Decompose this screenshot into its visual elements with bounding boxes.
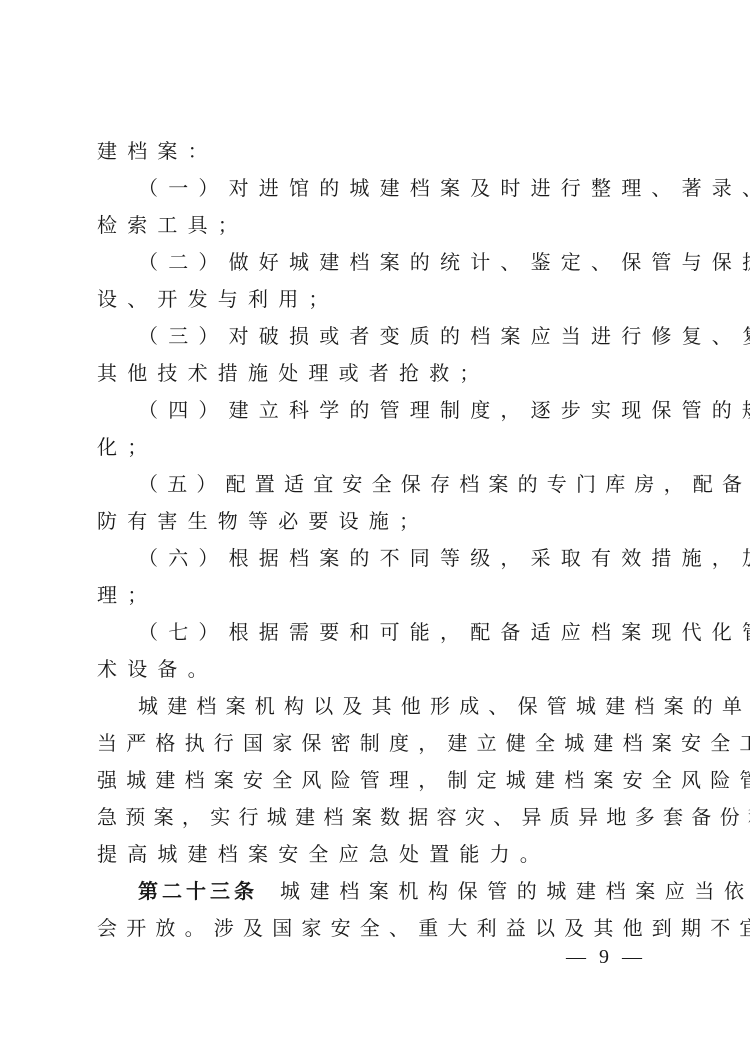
list-item-4: （四）建立科学的管理制度，逐步实现保管的规范化、标准 — [97, 392, 657, 429]
list-item-1: （一）对进馆的城建档案及时进行整理、著录、编目，编制 — [97, 170, 657, 207]
list-item-6: （六）根据档案的不同等级，采取有效措施，加以保护和管 — [97, 540, 657, 577]
list-item-3: （三）对破损或者变质的档案应当进行修复、复制或者采取 — [97, 318, 657, 355]
article-heading: 第二十三条 — [138, 879, 258, 903]
article-first-line: 第二十三条城建档案机构保管的城建档案应当依法向社 — [97, 873, 657, 910]
text-line: 防有害生物等必要设施； — [97, 503, 657, 540]
paragraph-line: 强城建档案安全风险管理，制定城建档案安全风险管控措施和应 — [97, 762, 657, 799]
text-line: 设、开发与利用； — [97, 281, 657, 318]
paragraph-line: 城建档案机构以及其他形成、保管城建档案的单位和组织应 — [97, 688, 657, 725]
paragraph-line: 提高城建档案安全应急处置能力。 — [97, 836, 657, 873]
article-text: 城建档案机构保管的城建档案应当依法向社 — [280, 879, 750, 903]
text-line: 化； — [97, 429, 657, 466]
text-line: 其他技术措施处理或者抢救； — [97, 355, 657, 392]
text-line: 检索工具； — [97, 207, 657, 244]
text-line: 建档案： — [97, 133, 657, 170]
list-item-5: （五）配置适宜安全保存档案的专门库房，配备防盗、防火、 — [97, 466, 657, 503]
text-line: 术设备。 — [97, 651, 657, 688]
paragraph-line: 当严格执行国家保密制度，建立健全城建档案安全工作机制，加 — [97, 725, 657, 762]
paragraph-line: 急预案，实行城建档案数据容灾、异质异地多套备份和数据保全， — [97, 799, 657, 836]
text-line: 理； — [97, 577, 657, 614]
document-page: 建档案： （一）对进馆的城建档案及时进行整理、著录、编目，编制 检索工具； （二… — [0, 0, 750, 1060]
list-item-2: （二）做好城建档案的统计、鉴定、保管与保护、信息化建 — [97, 244, 657, 281]
article-second-line: 会开放。涉及国家安全、重大利益以及其他到期不宜开放的城建 — [97, 910, 657, 947]
page-number: — 9 — — [566, 946, 646, 969]
body-text: 建档案： （一）对进馆的城建档案及时进行整理、著录、编目，编制 检索工具； （二… — [97, 133, 657, 947]
list-item-7: （七）根据需要和可能，配备适应档案现代化管理需要的技 — [97, 614, 657, 651]
